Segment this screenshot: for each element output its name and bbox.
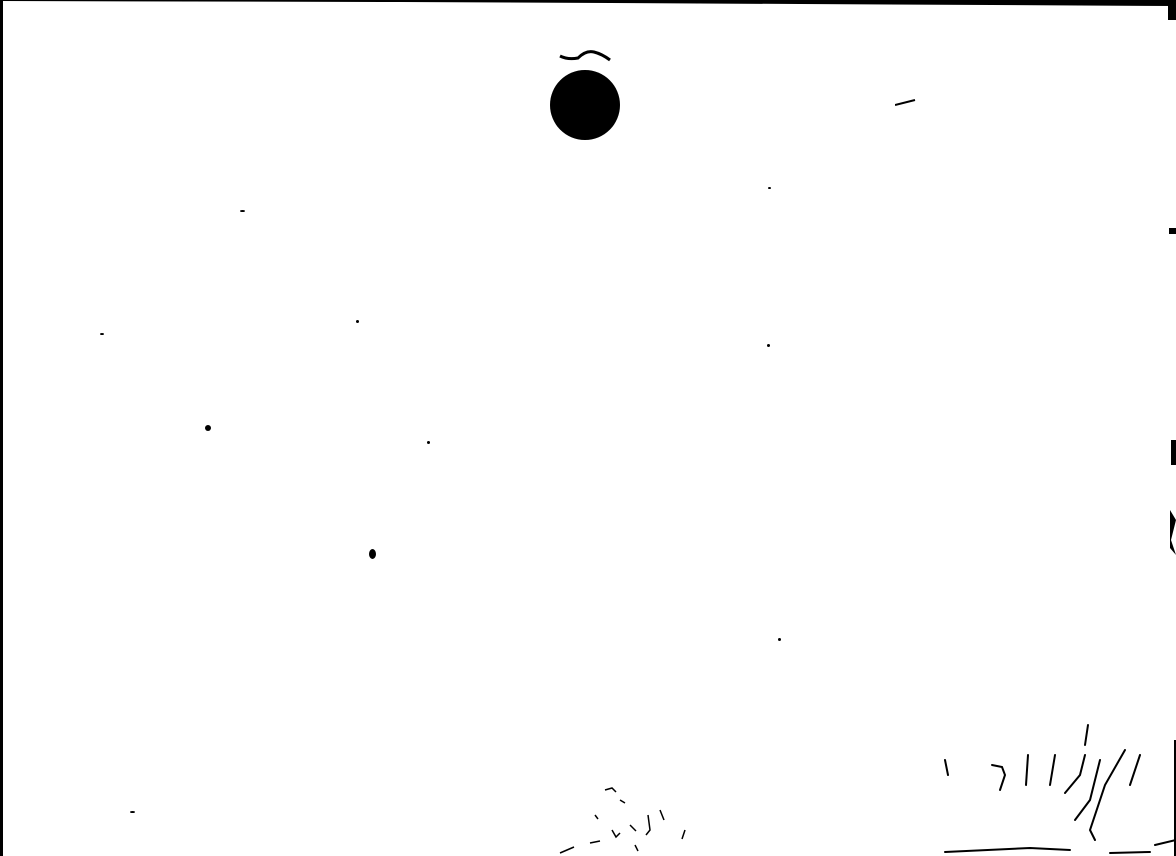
ink-speck [240,210,245,212]
ink-dash-mark [895,97,975,107]
ink-speck [427,441,430,444]
ink-speck [369,549,376,559]
ink-speck [100,333,104,335]
ink-speck [356,320,359,323]
ink-speck [767,344,770,347]
faded-stamp-icon [550,775,710,856]
ink-speck [130,811,135,813]
ink-speck [778,638,781,641]
scanned-document-page [0,0,1176,856]
left-scan-edge [0,0,3,856]
handwritten-signature-icon [930,715,1176,856]
ink-seal-icon [550,70,620,140]
ink-speck [768,187,771,189]
seal-flourish-icon [558,48,614,64]
top-scan-edge [0,0,1176,6]
ink-speck [205,425,211,431]
